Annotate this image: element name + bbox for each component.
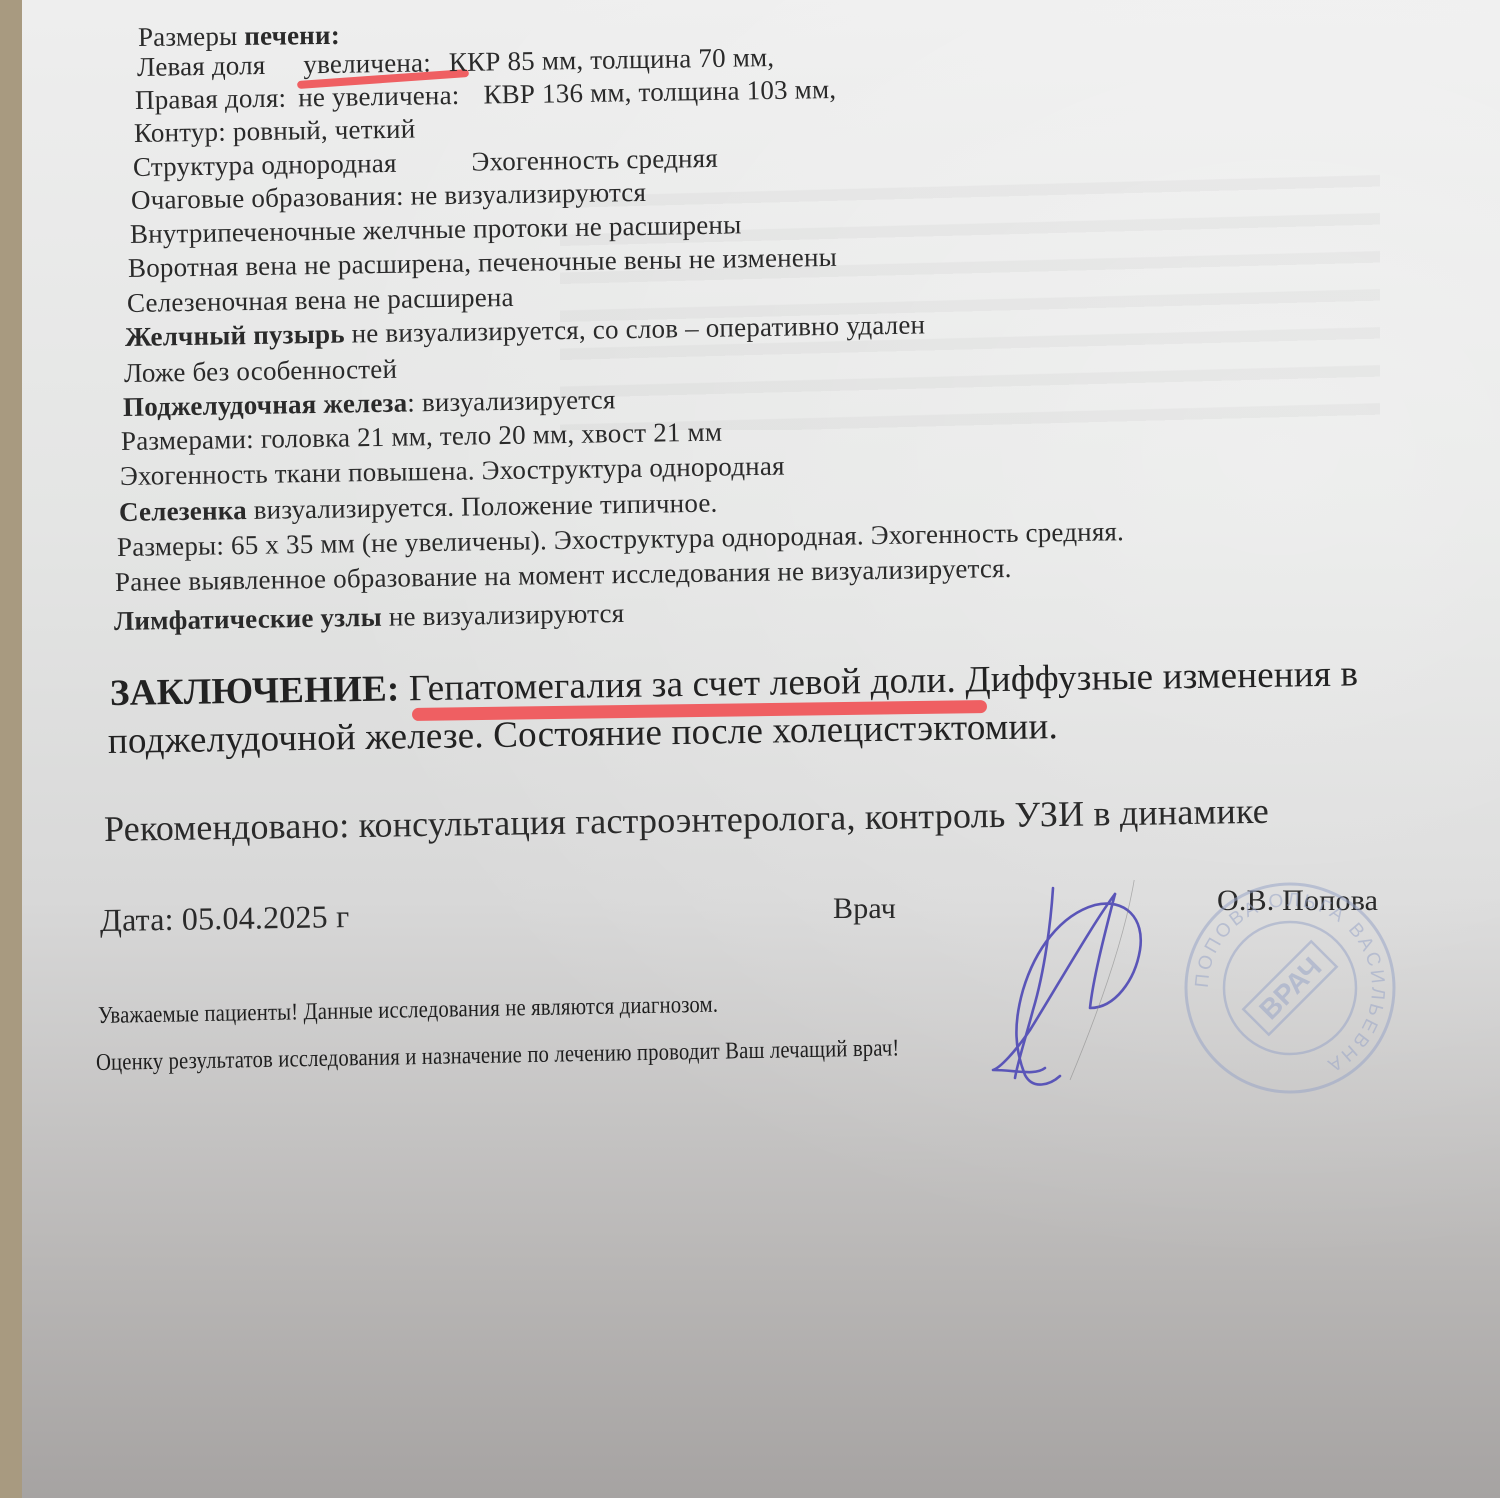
doctor-label: Врач <box>833 892 896 926</box>
conclusion-label: ЗАКЛЮЧЕНИЕ: <box>110 668 400 714</box>
conclusion-highlighted: Гепатомегалия за счет левой доли. <box>409 660 957 710</box>
doctor-signature <box>975 880 1155 1095</box>
contour-line: Контур: ровный, четкий <box>134 114 416 149</box>
left-lobe-status: увеличена: <box>303 47 431 79</box>
liver-heading: Размеры печени: <box>138 20 340 53</box>
doctor-stamp: ПОПОВА ОЛЬГА ВАСИЛЬЕВНА ВРАЧ <box>1180 878 1400 1098</box>
date-line: Дата: 05.04.2025 г <box>100 898 350 939</box>
splenic-vein-line: Селезеночная вена не расширена <box>127 282 514 319</box>
gallbladder-bed-line: Ложе без особенностей <box>124 354 398 389</box>
